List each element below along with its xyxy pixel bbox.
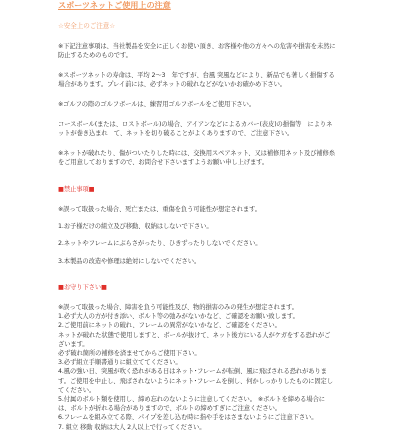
observe-line: 5.付属のボルト類を使用し、締め忘れのないように注意してください。 ※ボルトを締… <box>58 395 336 400</box>
prohibited-item: 3.本製品の改造や修理は絶対にしないでください。 <box>58 257 336 267</box>
prohibited-item: 2.ネットやフレームにぶらさがったり、ひきずったりしないでください。 <box>58 239 336 249</box>
observe-heading: ■お守り下さい■ <box>58 283 336 293</box>
intro-paragraph: ※下記注意事項は、当社製品を安全に正しくお使い頂き、お客様や他の方々への危害や損… <box>58 42 336 61</box>
intro-paragraph: ※スポーツネットの寿命は、平均 2～3 年ですが、台風 突風などにより、新品でも… <box>58 71 336 90</box>
observe-line: ※誤って取扱った場合、障害を負う可能性及び、物的損害のみの発生が想定されます。 <box>58 303 336 312</box>
intro-paragraph: ※ネットが破れたり、傷がついたりした時には、交換用スペアネット、又は補修用ネット… <box>58 149 336 168</box>
safety-heading: ☆安全上のご注意☆ <box>58 22 336 32</box>
prohibited-item: 1.お子様だけの組立及び移動、収納はしないで下さい。 <box>58 222 336 232</box>
observe-line: 4.風の強い日、突風が吹く恐れがある日はネット･フレームが転倒、風に飛ばされる恐… <box>58 367 336 395</box>
observe-line: 1.必ず大人の方が付き添い、ボルト等の弛みがないかなど、ご確認をお願い致します。 <box>58 312 336 321</box>
document-body: スポーツネットご使用上の注意 ☆安全上のご注意☆ ※下記注意事項は、当社製品を安… <box>58 0 336 400</box>
observe-list: ※誤って取扱った場合、障害を負う可能性及び、物的損害のみの発生が想定されます。 … <box>58 303 336 400</box>
observe-line: ネットが破れた状態で使用しますと、ボールが抜けて、ネット後方にいる人がケガをする… <box>58 331 336 349</box>
intro-paragraph: ※ゴルフの際のゴルフボールは、練習用ゴルフボールをご使用下さい。 <box>58 100 336 110</box>
page-title[interactable]: スポーツネットご使用上の注意 <box>58 0 336 10</box>
observe-line: 2.ご使用前にネットの破れ、フレームの異常がないかなど、ご確認をください。 <box>58 321 336 330</box>
prohibited-heading: ■禁止事項■ <box>58 185 336 195</box>
prohibited-warning: ※誤って取扱った場合、死亡または、重傷を負う可能性が想定されます。 <box>58 205 336 215</box>
observe-line: 3.必ず組立手順書通りに組立ててください。 <box>58 358 336 367</box>
observe-line: 必ず破れ箇所の補修を済ませてからご使用下さい。 <box>58 349 336 358</box>
intro-paragraph: コースボール(または、ロストボール)の場合、アイアンなどによるカバー(表皮)の損… <box>58 120 336 139</box>
